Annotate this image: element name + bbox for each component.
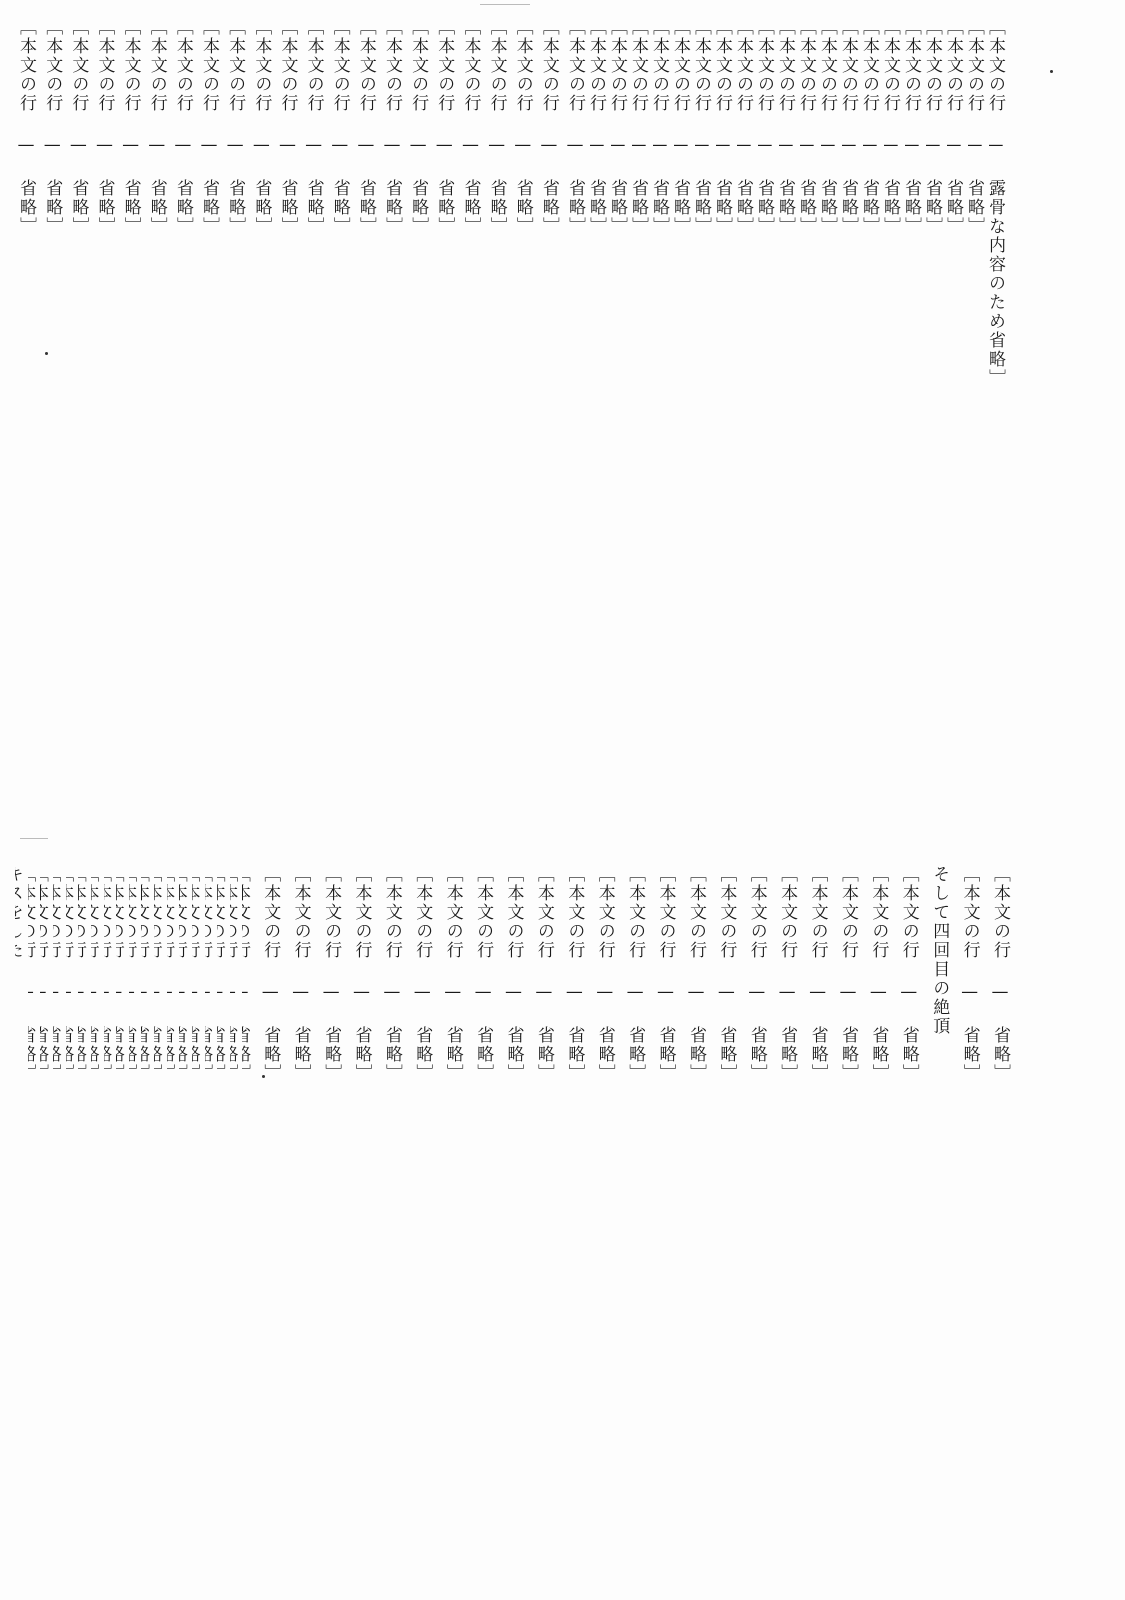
text-column: ［本文の行 — 省略］ <box>538 18 564 698</box>
text-column: ［本文の行 — 省略］ <box>242 865 255 1475</box>
text-column: ［本文の行 — 省略］ <box>104 865 117 1475</box>
text-column: ［本文の行 — 省略］ <box>893 865 923 1475</box>
text-column: ［本文の行 — 省略］ <box>954 865 984 1475</box>
text-column: ［本文の行 — 省略］ <box>559 865 589 1475</box>
text-column: ［本文の行 — 省略］ <box>433 18 459 698</box>
text-column: ［本文の行 — 省略］ <box>28 865 41 1475</box>
text-column: ［本文の行 — 省略］ <box>485 18 511 698</box>
text-column: ［本文の行 — 省略］ <box>611 18 632 698</box>
text-column: ［本文の行 — 省略］ <box>40 865 53 1475</box>
text-column: ［本文の行 — 省略］ <box>355 18 381 698</box>
text-column: ［本文の行 — 省略］ <box>276 18 302 698</box>
text-column: ［本文の行 — 省略］ <box>833 865 863 1475</box>
text-column: ［本文の行 — 省略］ <box>842 18 863 698</box>
text-column: ［本文の行 — 省略］ <box>198 18 224 698</box>
text-column: ［本文の行 — 省略］ <box>498 865 528 1475</box>
text-block-bottom-right: ［本文の行 — 省略］［本文の行 — 省略］そして四回目の絶頂［本文の行 — 省… <box>255 865 1015 1475</box>
text-column: ［本文の行 — 省略］ <box>681 865 711 1475</box>
text-column: ［本文の行 — 省略］ <box>78 865 91 1475</box>
text-column: ［本文の行 — 省略］ <box>468 865 498 1475</box>
text-column: ［本文の行 — 省略］ <box>459 18 485 698</box>
text-column: キスをした <box>15 865 28 1475</box>
text-column: ［本文の行 — 省略］ <box>154 865 167 1475</box>
scan-mark <box>20 838 48 839</box>
text-column: ［本文の行 — 省略］ <box>217 865 230 1475</box>
text-column: ［本文の行 — 省略］ <box>41 18 67 698</box>
text-column: ［本文の行 — 省略］ <box>205 865 218 1475</box>
text-block-bottom-left: ［本文の行 — 省略］［本文の行 — 省略］［本文の行 — 省略］［本文の行 —… <box>15 865 255 1475</box>
scan-speck <box>1050 70 1053 73</box>
text-column: ［本文の行 — 露骨な内容のため省略］ <box>989 18 1010 698</box>
text-column: ［本文の行 — 省略］ <box>632 18 653 698</box>
text-column: ［本文の行 — 省略］ <box>716 18 737 698</box>
text-column: ［本文の行 — 省略］ <box>346 865 376 1475</box>
text-column: ［本文の行 — 省略］ <box>224 18 250 698</box>
text-column: ［本文の行 — 省略］ <box>91 865 104 1475</box>
text-column: ［本文の行 — 省略］ <box>589 865 619 1475</box>
text-column: ［本文の行 — 省略］ <box>884 18 905 698</box>
text-column: ［本文の行 — 省略］ <box>863 865 893 1475</box>
text-column: ［本文の行 — 省略］ <box>119 18 145 698</box>
text-column: ［本文の行 — 省略］ <box>146 18 172 698</box>
text-column: ［本文の行 — 省略］ <box>737 18 758 698</box>
text-column: ［本文の行 — 省略］ <box>15 18 41 698</box>
text-column: ［本文の行 — 省略］ <box>302 18 328 698</box>
text-column: ［本文の行 — 省略］ <box>329 18 355 698</box>
text-column: ［本文の行 — 省略］ <box>93 18 119 698</box>
text-column: ［本文の行 — 省略］ <box>779 18 800 698</box>
text-column: ［本文の行 — 省略］ <box>437 865 467 1475</box>
text-column: ［本文の行 — 省略］ <box>172 18 198 698</box>
text-column: ［本文の行 — 省略］ <box>802 865 832 1475</box>
text-column: ［本文の行 — 省略］ <box>821 18 842 698</box>
text-column: ［本文の行 — 省略］ <box>167 865 180 1475</box>
text-column: ［本文の行 — 省略］ <box>711 865 741 1475</box>
text-column: ［本文の行 — 省略］ <box>800 18 821 698</box>
text-column: ［本文の行 — 省略］ <box>250 18 276 698</box>
text-column: ［本文の行 — 省略］ <box>674 18 695 698</box>
text-column: ［本文の行 — 省略］ <box>590 18 611 698</box>
text-column: ［本文の行 — 省略］ <box>67 18 93 698</box>
text-column: ［本文の行 — 省略］ <box>564 18 590 698</box>
text-column: ［本文の行 — 省略］ <box>53 865 66 1475</box>
text-column: ［本文の行 — 省略］ <box>381 18 407 698</box>
text-column: ［本文の行 — 省略］ <box>695 18 716 698</box>
text-column: ［本文の行 — 省略］ <box>129 865 142 1475</box>
text-column: ［本文の行 — 省略］ <box>255 865 285 1475</box>
text-column: そして四回目の絶頂 <box>924 865 954 1475</box>
text-column: ［本文の行 — 省略］ <box>529 865 559 1475</box>
text-column: ［本文の行 — 省略］ <box>968 18 989 698</box>
text-column: ［本文の行 — 省略］ <box>141 865 154 1475</box>
text-column: ［本文の行 — 省略］ <box>192 865 205 1475</box>
text-column: ［本文の行 — 省略］ <box>653 18 674 698</box>
text-column: ［本文の行 — 省略］ <box>66 865 79 1475</box>
scan-mark <box>480 4 530 5</box>
text-column: ［本文の行 — 省略］ <box>179 865 192 1475</box>
text-column: ［本文の行 — 省略］ <box>407 865 437 1475</box>
text-column: ［本文の行 — 省略］ <box>758 18 779 698</box>
text-column: ［本文の行 — 省略］ <box>985 865 1015 1475</box>
text-column: ［本文の行 — 省略］ <box>772 865 802 1475</box>
text-column: ［本文の行 — 省略］ <box>376 865 406 1475</box>
text-column: ［本文の行 — 省略］ <box>512 18 538 698</box>
text-column: ［本文の行 — 省略］ <box>285 865 315 1475</box>
scanned-page: ［本文の行 — 露骨な内容のため省略］［本文の行 — 省略］［本文の行 — 省略… <box>0 0 1125 1600</box>
text-column: ［本文の行 — 省略］ <box>741 865 771 1475</box>
text-column: ［本文の行 — 省略］ <box>926 18 947 698</box>
text-column: ［本文の行 — 省略］ <box>947 18 968 698</box>
text-column: ［本文の行 — 省略］ <box>116 865 129 1475</box>
text-column: ［本文の行 — 省略］ <box>407 18 433 698</box>
text-column: ［本文の行 — 省略］ <box>650 865 680 1475</box>
text-column: ［本文の行 — 省略］ <box>905 18 926 698</box>
text-block-top-right: ［本文の行 — 露骨な内容のため省略］［本文の行 — 省略］［本文の行 — 省略… <box>590 18 1010 698</box>
text-column: ［本文の行 — 省略］ <box>863 18 884 698</box>
text-block-top-left: ［本文の行 — 省略］［本文の行 — 省略］［本文の行 — 省略］［本文の行 —… <box>15 18 590 698</box>
text-column: ［本文の行 — 省略］ <box>230 865 243 1475</box>
text-column: ［本文の行 — 省略］ <box>620 865 650 1475</box>
text-column: ［本文の行 — 省略］ <box>316 865 346 1475</box>
